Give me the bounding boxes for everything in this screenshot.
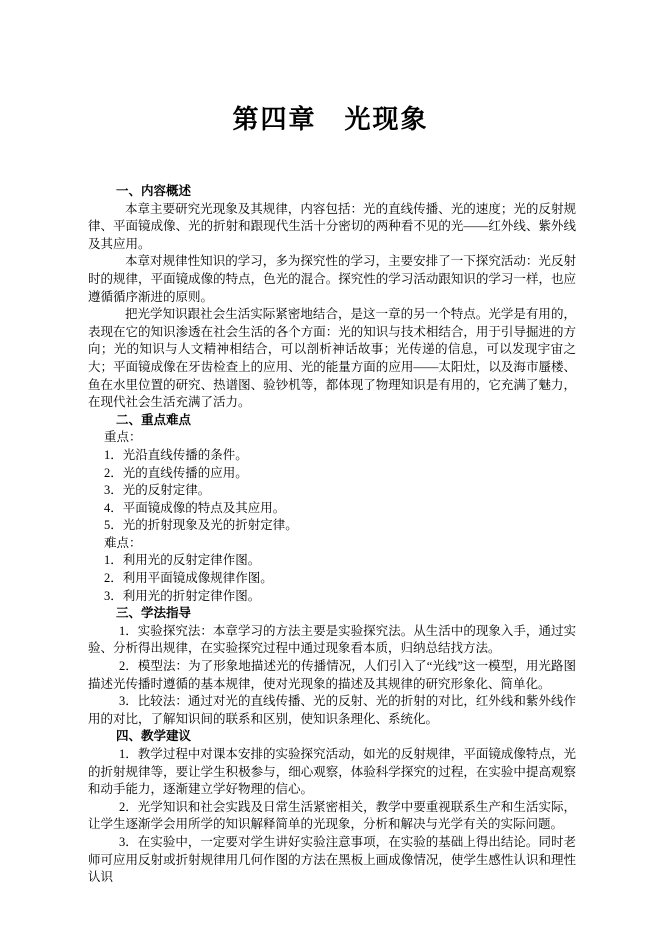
document-page: 第四章 光现象 一、内容概述 本章主要研究光现象及其规律，内容包括：光的直线传播…	[0, 0, 661, 935]
section-heading: 四、教学建议	[88, 728, 576, 746]
list-label: 重点：	[104, 429, 576, 447]
section-content-overview: 一、内容概述 本章主要研究光现象及其规律，内容包括：光的直线传播、光的速度；光的…	[88, 183, 576, 412]
section-teaching-suggestions: 四、教学建议 1．教学过程中对课本安排的实验探究活动，如光的反射规律，平面镜成像…	[88, 728, 576, 886]
section-study-methods: 三、学法指导 1．实验探究法：本章学习的方法主要是实验探究法。从生活中的现象入手…	[88, 605, 576, 728]
list-item: 3．光的反射定律。	[104, 482, 576, 500]
paragraph: 1．实验探究法：本章学习的方法主要是实验探究法。从生活中的现象入手，通过实验、分…	[88, 623, 576, 658]
paragraph: 3．在实验中，一定要对学生讲好实验注意事项，在实验的基础上得出结论。同时老师可应…	[88, 834, 576, 887]
section-heading: 一、内容概述	[88, 183, 576, 201]
paragraph: 本章主要研究光现象及其规律，内容包括：光的直线传播、光的速度；光的反射规律、平面…	[88, 201, 576, 254]
list-item: 4．平面镜成像的特点及其应用。	[104, 500, 576, 518]
document-body: 一、内容概述 本章主要研究光现象及其规律，内容包括：光的直线传播、光的速度；光的…	[88, 183, 576, 887]
section-key-points: 二、重点难点 重点： 1．光沿直线传播的条件。 2．光的直线传播的应用。 3．光…	[88, 412, 576, 606]
list-label: 难点：	[104, 535, 576, 553]
paragraph: 1．教学过程中对课本安排的实验探究活动，如光的反射规律，平面镜成像特点，光的折射…	[88, 746, 576, 799]
list-item: 2．利用平面镜成像规律作图。	[104, 570, 576, 588]
list-item: 5．光的折射现象及光的折射定律。	[104, 517, 576, 535]
paragraph: 把光学知识跟社会生活实际紧密地结合，是这一章的另一个特点。光学是有用的，表现在它…	[88, 306, 576, 412]
paragraph: 2．光学知识和社会实践及日常生活紧密相关，教学中要重视联系生产和生活实际，让学生…	[88, 799, 576, 834]
list-item: 2．光的直线传播的应用。	[104, 465, 576, 483]
list-item: 1．光沿直线传播的条件。	[104, 447, 576, 465]
chapter-title: 第四章 光现象	[0, 103, 661, 137]
section-heading: 二、重点难点	[88, 412, 576, 430]
paragraph: 2．模型法：为了形象地描述光的传播情况，人们引入了“光线”这一模型，用光路图描述…	[88, 658, 576, 693]
section-heading: 三、学法指导	[88, 605, 576, 623]
list-item: 1．利用光的反射定律作图。	[104, 552, 576, 570]
paragraph: 3．比较法：通过对光的直线传播、光的反射、光的折射的对比，红外线和紫外线作用的对…	[88, 693, 576, 728]
paragraph: 本章对规律性知识的学习，多为探究性的学习，主要安排了一下探究活动：光反射时的规律…	[88, 253, 576, 306]
list-item: 3．利用光的折射定律作图。	[104, 588, 576, 606]
